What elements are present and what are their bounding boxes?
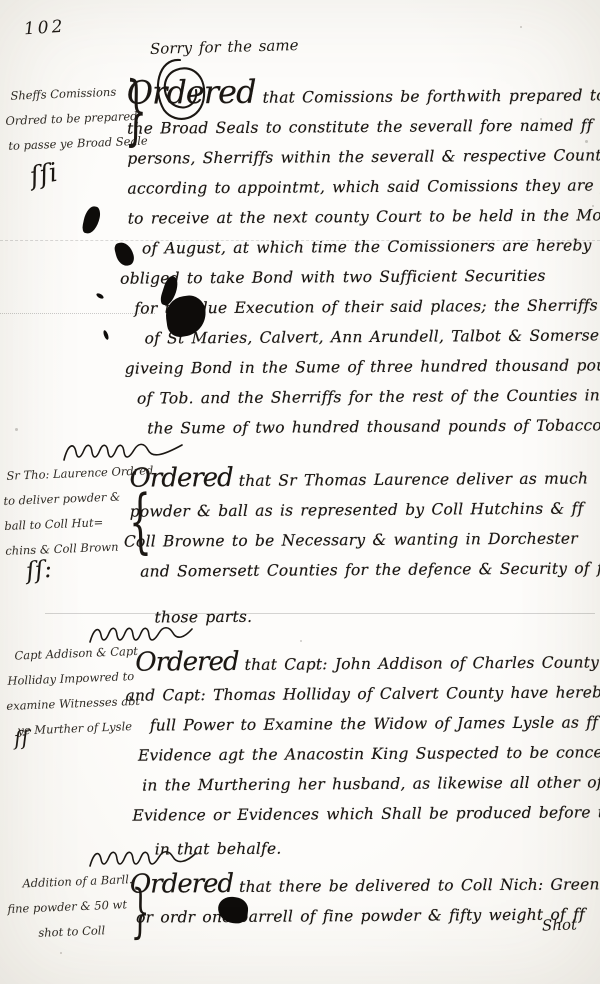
body-line: to receive at the next county Court to b…	[128, 200, 598, 233]
body-line: Coll Browne to be Necessary & wanting in…	[124, 523, 600, 556]
body-line: Orderedthat Comissions be forthwith prep…	[127, 74, 597, 113]
body-line: of St Maries, Calvert, Ann Arundell, Tal…	[144, 320, 598, 353]
margin-note-line: to deliver powder &	[3, 484, 136, 514]
body-line: those parts.	[154, 599, 600, 632]
body-line: of Tob. and the Sherriffs for the rest o…	[137, 380, 599, 413]
scan-speck	[300, 640, 302, 642]
ordered-word: Ordered	[129, 463, 232, 494]
body-line: and Capt: Thomas Holliday of Calvert Cou…	[125, 677, 597, 710]
scan-speck	[583, 302, 585, 304]
body-line: the Sume of two hundred thousand pounds …	[147, 410, 599, 443]
manuscript-page: 102 Sorry for the same Sheffs Comissions…	[0, 0, 600, 984]
order-entry-examine-widow: Orderedthat Capt: John Addison of Charle…	[135, 644, 599, 864]
margin-note-sheriffs-commissions: Sheffs Comissions Ordred to be prepared …	[4, 79, 139, 159]
body-line: Orderedthat there be delivered to Coll N…	[130, 866, 600, 902]
margin-note-line: ye Murther of Lysle	[17, 714, 140, 744]
body-line: according to appointmt, which said Comis…	[127, 170, 597, 203]
body-line: Evidence agt the Anacostin King Suspecte…	[138, 737, 598, 770]
body-line: full Power to Examine the Widow of James…	[150, 707, 598, 740]
scan-speck	[592, 205, 594, 207]
body-line: in that behalfe.	[155, 831, 599, 864]
pen-flourish: ſſ	[13, 726, 29, 751]
body-line: the Broad Seals to constitute the severa…	[127, 110, 597, 143]
body-text: that Comissions be forthwith prepared to…	[262, 86, 600, 107]
order-entry-greenberry-powder: Orderedthat there be delivered to Coll N…	[130, 866, 600, 932]
ordered-word: Ordered	[127, 73, 256, 112]
margin-note-line: shot to Coll	[38, 917, 141, 946]
margin-note-laurence-powder: Sr Tho: Laurence Ordred to deliver powde…	[2, 459, 138, 564]
ink-blot	[96, 292, 105, 299]
body-line: persons, Sherriffs within the severall &…	[127, 140, 597, 173]
body-line: or ordr one barrell of fine powder & fif…	[136, 899, 600, 932]
order-entry-powder-ball: Orderedthat Sr Thomas Laurence deliver a…	[129, 460, 600, 632]
body-line: giveing Bond in the Sume of three hundre…	[125, 350, 599, 383]
body-line: in the Murthering her husband, as likewi…	[142, 767, 598, 800]
scan-speck	[60, 952, 62, 954]
body-text: that there be delivered to Coll Nich: Gr…	[239, 875, 600, 896]
body-line: Orderedthat Sr Thomas Laurence deliver a…	[129, 460, 599, 496]
ink-blot	[102, 330, 109, 341]
body-text: that Capt: John Addison of Charles Count…	[245, 653, 600, 673]
ink-blot	[81, 205, 101, 236]
page-number: 102	[23, 17, 66, 40]
body-line: Evidence or Evidences which Shall be pro…	[132, 797, 598, 830]
body-line: obliged to take Bond with two Sufficient…	[120, 260, 598, 293]
body-line: of August, at which time the Comissioner…	[142, 230, 598, 263]
body-text: that Sr Thomas Laurence deliver as much	[239, 469, 589, 489]
pen-flourish: ſſ:	[25, 555, 54, 586]
margin-note-line: fine powder & 50 wt	[7, 892, 140, 922]
scan-speck	[15, 428, 18, 431]
order-entry-sheriffs-commissions: Orderedthat Comissions be forthwith prep…	[127, 74, 600, 443]
scan-speck	[585, 140, 588, 143]
pen-flourish: ſſi	[28, 158, 60, 192]
margin-note-line: to passe ye Broad Seale	[8, 129, 139, 159]
catchword: Shot	[542, 915, 578, 934]
margin-note-powder-addition: Addition of a Barll. fine powder & 50 wt…	[6, 867, 141, 947]
body-line: Orderedthat Capt: John Addison of Charle…	[135, 644, 597, 680]
scan-speck	[520, 26, 522, 28]
ordered-word: Ordered	[135, 647, 238, 678]
scan-speck	[540, 118, 542, 120]
body-line: and Somersett Counties for the defence &…	[140, 553, 600, 586]
body-line: powder & ball as is represented by Coll …	[130, 493, 600, 526]
ordered-word: Ordered	[130, 869, 233, 900]
